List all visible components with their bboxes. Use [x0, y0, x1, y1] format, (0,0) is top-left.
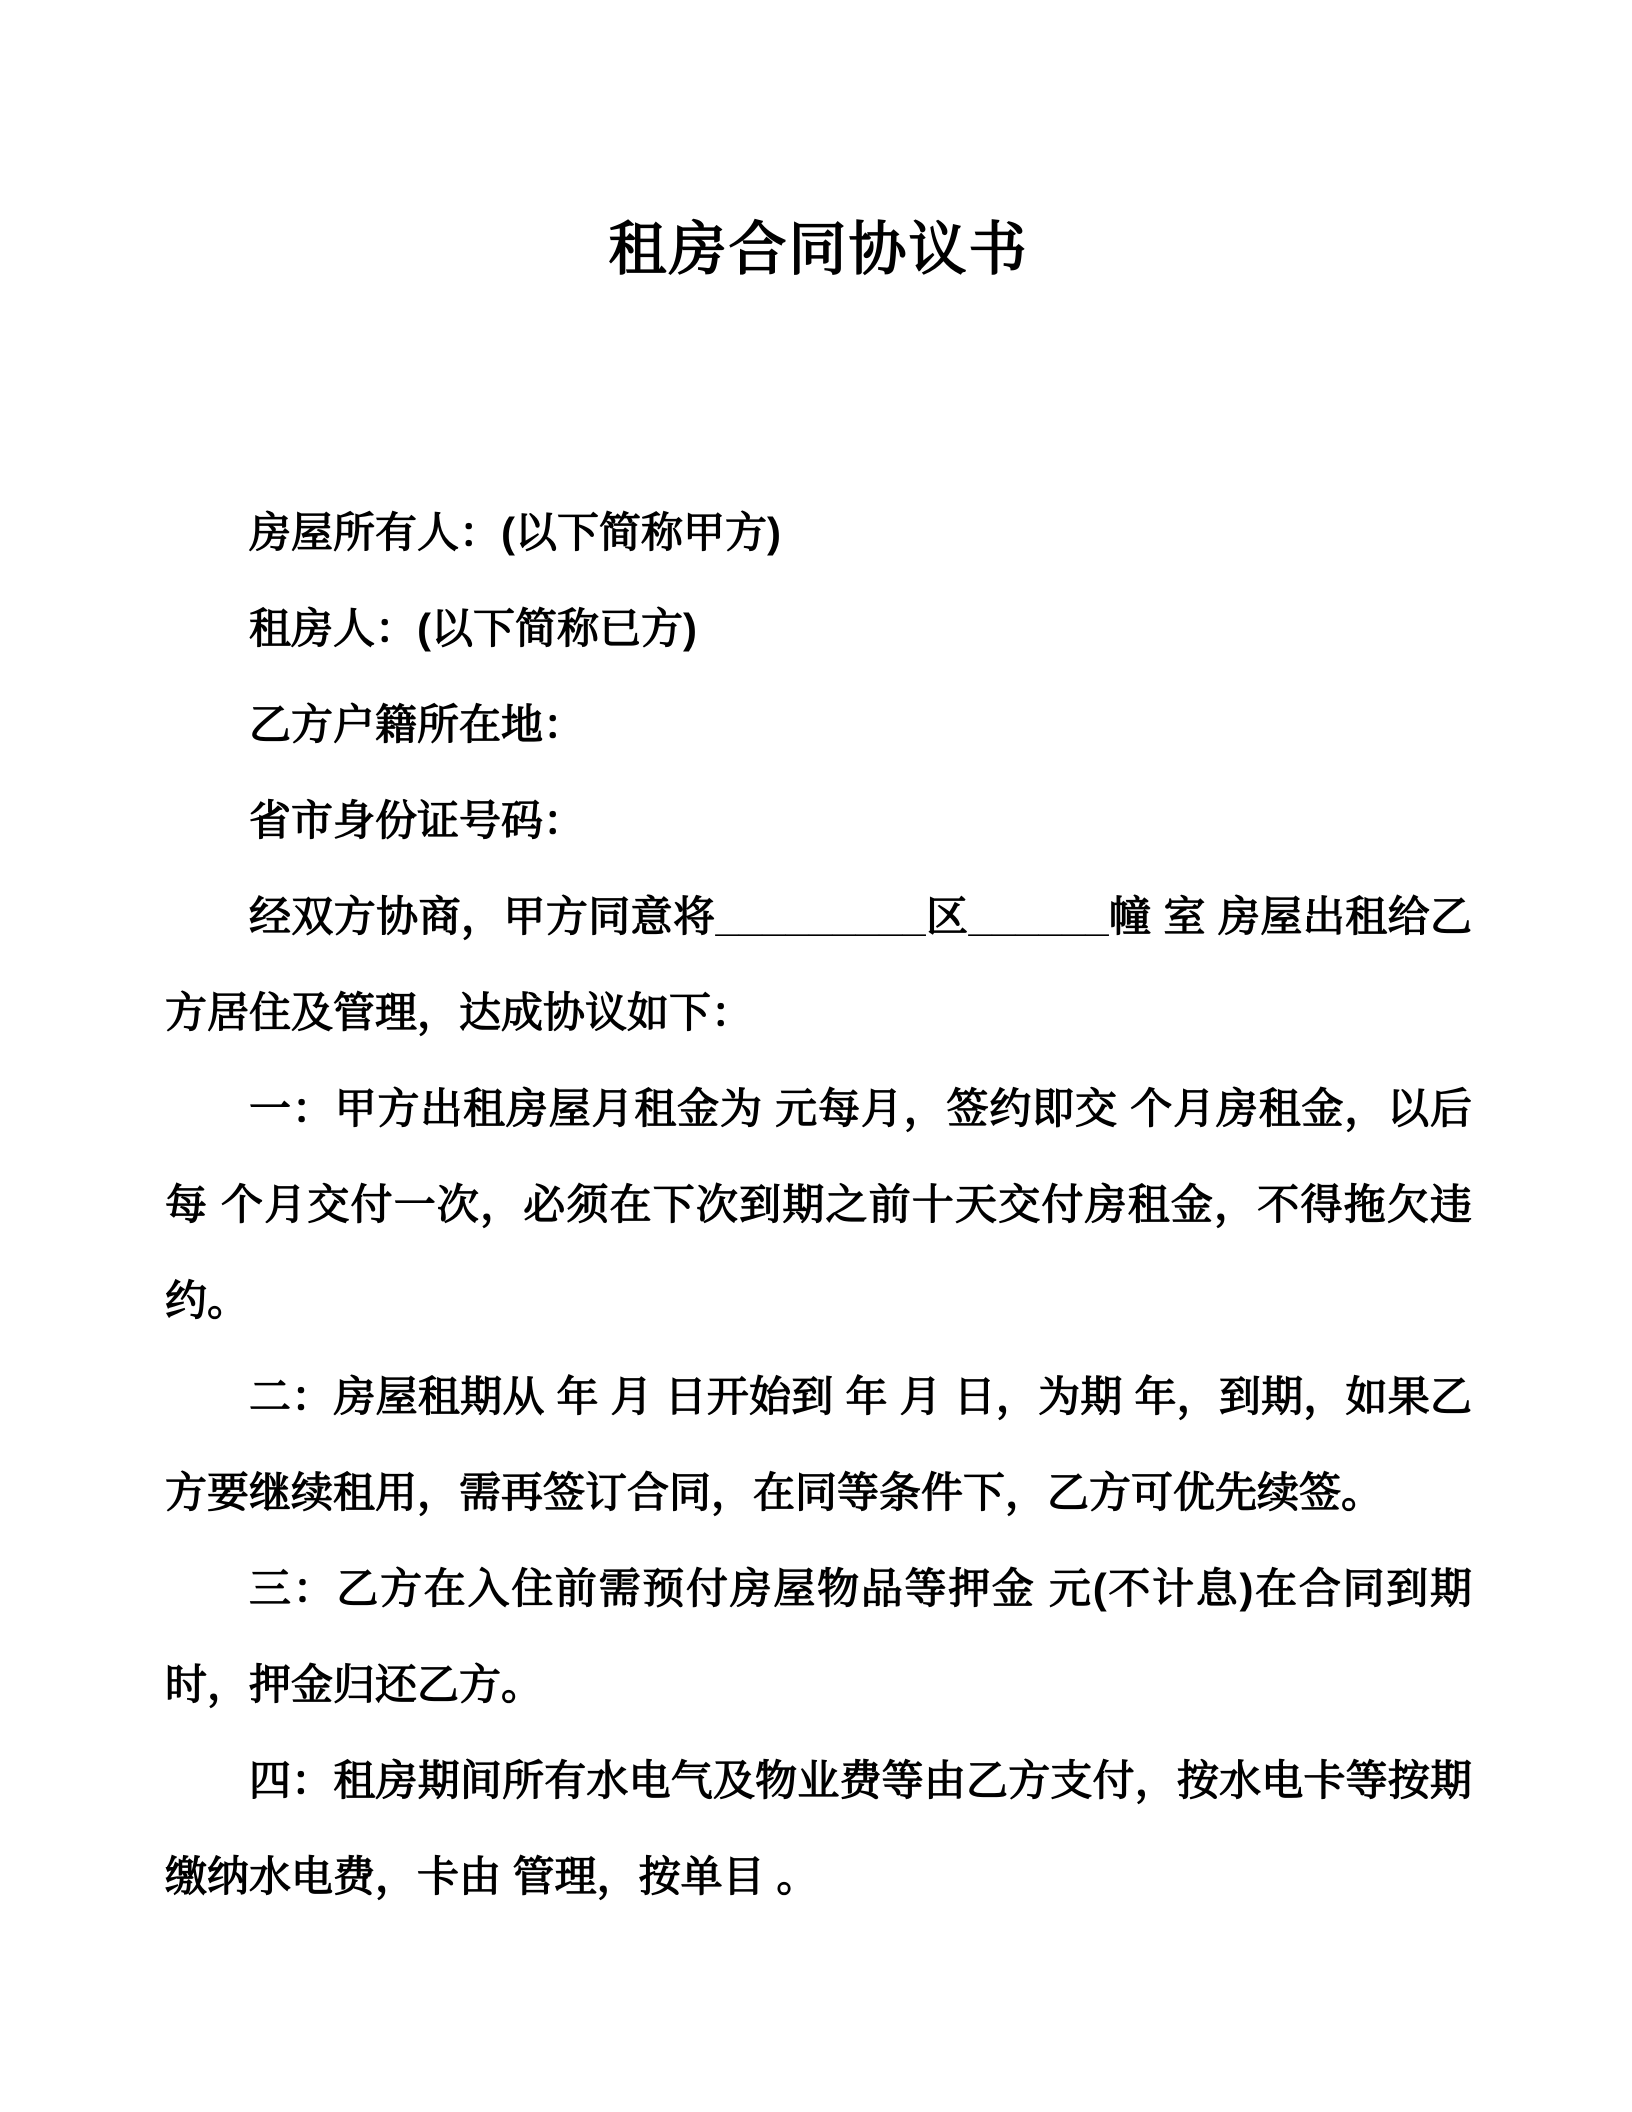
clause-2-term-paragraph: 二：房屋租期从 年 月 日开始到 年 月 日，为期 年，到期，如果乙方要继续租用… — [165, 1349, 1472, 1541]
contract-page: 租房合同协议书 房屋所有人：(以下简称甲方) 租房人：(以下简称已方) 乙方户籍… — [0, 0, 1632, 2112]
agreement-intro-paragraph: 经双方协商，甲方同意将_________区______幢 室 房屋出租给乙方居住… — [165, 869, 1472, 1061]
registered-address-line: 乙方户籍所在地： — [165, 677, 1472, 773]
clause-4-utilities-paragraph: 四：租房期间所有水电气及物业费等由乙方支付，按水电卡等按期缴纳水电费，卡由 管理… — [165, 1733, 1472, 1925]
contract-body: 房屋所有人：(以下简称甲方) 租房人：(以下简称已方) 乙方户籍所在地： 省市身… — [165, 485, 1472, 1925]
page-title: 租房合同协议书 — [165, 215, 1472, 285]
id-number-line: 省市身份证号码： — [165, 773, 1472, 869]
party-a-line: 房屋所有人：(以下简称甲方) — [165, 485, 1472, 581]
party-b-line: 租房人：(以下简称已方) — [165, 581, 1472, 677]
clause-3-deposit-paragraph: 三：乙方在入住前需预付房屋物品等押金 元(不计息)在合同到期时，押金归还乙方。 — [165, 1541, 1472, 1733]
clause-1-rent-paragraph: 一：甲方出租房屋月租金为 元每月，签约即交 个月房租金，以后每 个月交付一次，必… — [165, 1061, 1472, 1349]
